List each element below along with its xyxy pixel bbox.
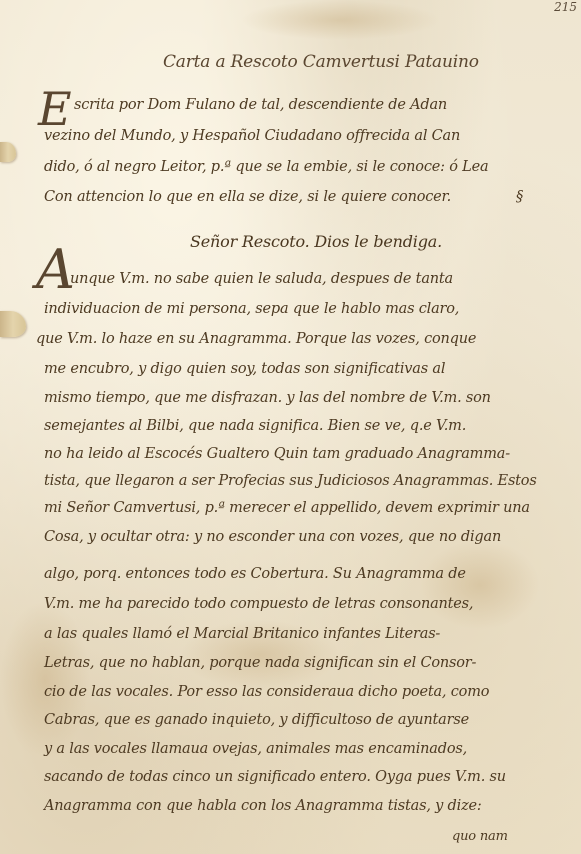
- body-line: no ha leido al Escocés Gualtero Quin tam…: [44, 446, 510, 462]
- body-line: y a las vocales llamaua ovejas, animales…: [44, 741, 467, 757]
- body-line: algo, porq. entonces todo es Cobertura. …: [44, 566, 466, 582]
- body-line: Anagramma con que habla con los Anagramm…: [44, 798, 482, 814]
- paper-stain: [0, 600, 90, 760]
- body-line: V.m. me ha parecido todo compuesto de le…: [44, 596, 473, 612]
- folio-number: 215: [554, 0, 577, 14]
- body-line: unque V.m. no sabe quien le saluda, desp…: [70, 271, 453, 287]
- intro-line: scrita por Dom Fulano de tal, descendien…: [74, 97, 447, 113]
- body-line: sacando de todas cinco un significado en…: [44, 769, 506, 785]
- body-line: Cosa, y ocultar otra: y no esconder una …: [44, 529, 501, 545]
- intro-line: Con attencion lo que en ella se dize, si…: [44, 189, 451, 205]
- torn-paper-fragment: [0, 142, 16, 162]
- body-initial: A: [36, 238, 75, 301]
- intro-flourish: §: [516, 189, 523, 205]
- body-line: mismo tiempo, que me disfrazan. y las de…: [44, 390, 491, 406]
- manuscript-page: 215 Carta a Rescoto Camvertusi Patauino …: [0, 0, 581, 854]
- paper-stain: [240, 0, 440, 40]
- body-line: que V.m. lo haze en su Anagramma. Porque…: [36, 331, 476, 347]
- body-line: Letras, que no hablan, porque nada signi…: [44, 655, 476, 671]
- intro-line: dido, ó al negro Leitor, p.ª que se la e…: [44, 159, 488, 175]
- intro-line: vezino del Mundo, y Hespañol Ciudadano o…: [44, 128, 460, 144]
- salutation: Señor Rescoto. Dios le bendiga.: [190, 232, 442, 251]
- body-line: mi Señor Camvertusi, p.ª merecer el appe…: [44, 500, 530, 516]
- body-line: Cabras, que es ganado inquieto, y diffic…: [44, 712, 469, 728]
- torn-paper-fragment: [0, 311, 26, 337]
- letter-title: Carta a Rescoto Camvertusi Patauino: [163, 52, 479, 72]
- body-line: cio de las vocales. Por esso las conside…: [44, 684, 489, 700]
- body-line: individuacion de mi persona, sepa que le…: [44, 301, 459, 317]
- body-line: tista, que llegaron a ser Profecias sus …: [44, 473, 537, 489]
- body-line: me encubro, y digo quien soy, todas son …: [44, 361, 445, 377]
- catchword: quo nam: [452, 829, 508, 844]
- body-line: semejantes al Bilbi, que nada significa.…: [44, 418, 466, 434]
- body-line: a las quales llamó el Marcial Britanico …: [44, 626, 440, 642]
- paper-stain: [420, 540, 540, 630]
